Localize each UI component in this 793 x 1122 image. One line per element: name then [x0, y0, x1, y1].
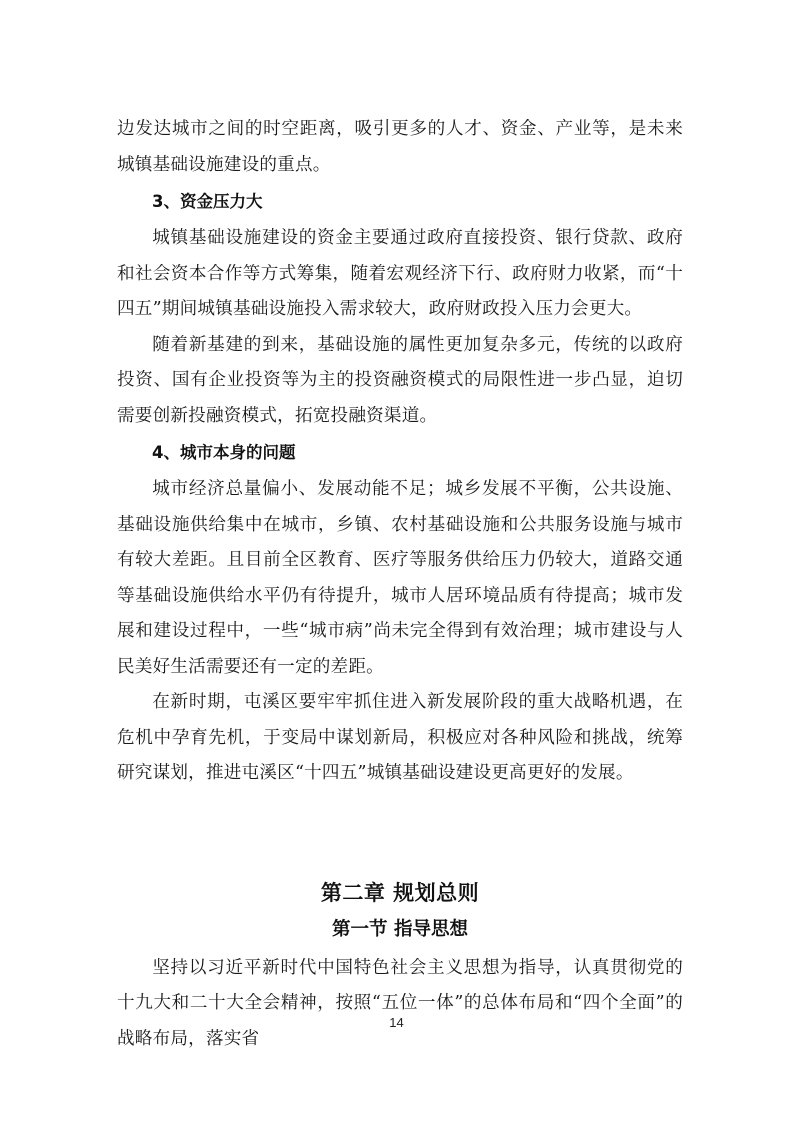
document-page: 边发达城市之间的时空距离，吸引更多的人才、资金、产业等，是未来城镇基础设施建设的…: [0, 0, 793, 1122]
spacer: [117, 792, 683, 875]
page-content: 边发达城市之间的时空距离，吸引更多的人才、资金、产业等，是未来城镇基础设施建设的…: [117, 112, 683, 1057]
heading-funding-pressure: 3、资金压力大: [117, 183, 683, 221]
section-title: 第一节 指导思想: [117, 911, 683, 949]
paragraph-new-infrastructure: 随着新基建的到来，基础设施的属性更加复杂多元，传统的以政府投资、国有企业投资等为…: [117, 328, 683, 435]
paragraph-funding-sources: 城镇基础设施建设的资金主要通过政府直接投资、银行贷款、政府和社会资本合作等方式筹…: [117, 221, 683, 328]
page-number: 14: [0, 1015, 793, 1030]
paragraph-continuation: 边发达城市之间的时空距离，吸引更多的人才、资金、产业等，是未来城镇基础设施建设的…: [117, 112, 683, 183]
chapter-title: 第二章 规划总则: [117, 875, 683, 911]
paragraph-new-period: 在新时期，屯溪区要牢牢抓住进入新发展阶段的重大战略机遇，在危机中孕育先机，于变局…: [117, 685, 683, 792]
heading-city-problems: 4、城市本身的问题: [117, 434, 683, 472]
paragraph-guiding-ideology: 坚持以习近平新时代中国特色社会主义思想为指导，认真贯彻党的十九大和二十大全会精神…: [117, 951, 683, 1058]
paragraph-city-problems: 城市经济总量偏小、发展动能不足；城乡发展不平衡，公共设施、基础设施供给集中在城市…: [117, 472, 683, 685]
